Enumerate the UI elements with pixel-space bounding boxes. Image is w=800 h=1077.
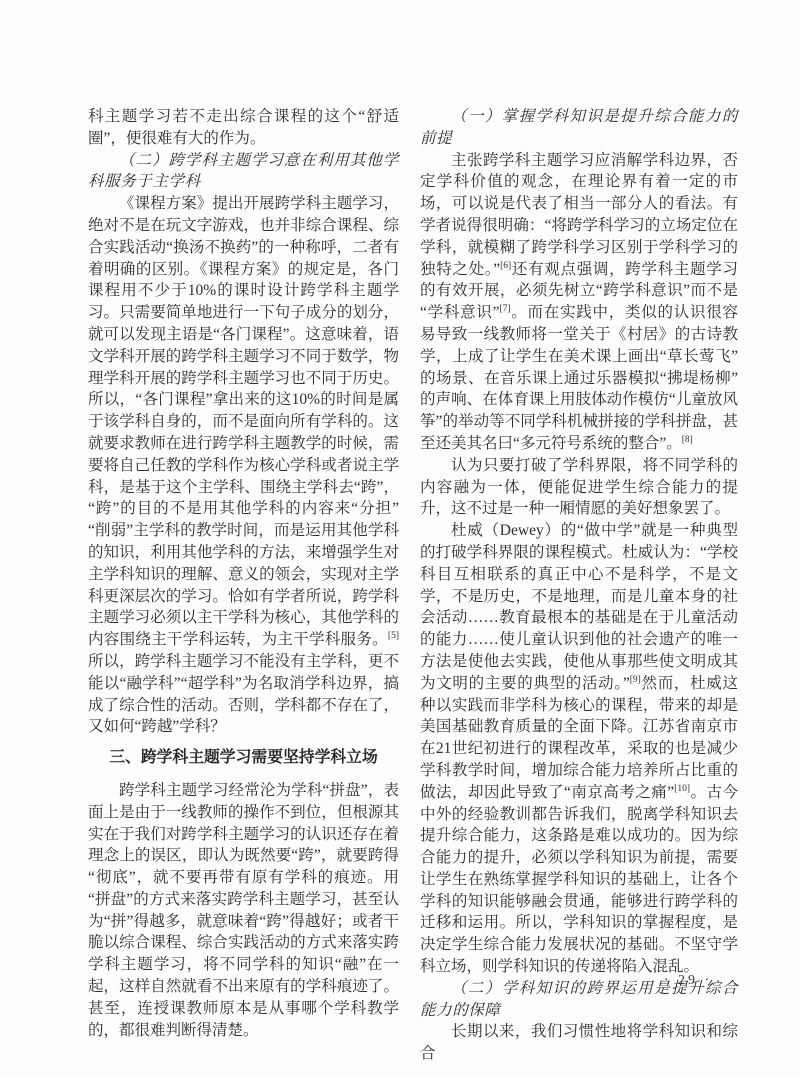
text-run: 。而在实践中，类似的认识很容易导致一线教师将一堂关于《村居》的古诗教学，上成了让… xyxy=(420,304,738,452)
footnote-ref-5: [5] xyxy=(388,631,399,641)
paragraph: 长期以来，我们习惯性地将学科知识和综合 xyxy=(420,1021,738,1065)
paragraph: 跨学科主题学习经常沦为学科“拼盘”，表面上是由于一线教师的操作不到位，但根源其实… xyxy=(88,780,399,1042)
paragraph: 主张跨学科主题学习应消解学科边界，否定学科价值的观念，在理论界有着一定的市场，可… xyxy=(420,150,738,455)
left-column: 科主题学习若不走出综合课程的这个“舒适圈”，便很难有大的作为。 （二）跨学科主题… xyxy=(88,106,399,1065)
footnote-ref-9: [9] xyxy=(630,675,641,685)
text-run: 。古今中外的经验教训都告诉我们，脱离学科知识去提升综合能力，这条路是难以成功的。… xyxy=(420,784,738,975)
paragraph: 《课程方案》提出开展跨学科主题学习，绝对不是在玩文字游戏，也并非综合课程、综合实… xyxy=(88,193,399,738)
subheading-1-subject-knowledge: （一）掌握学科知识是提升综合能力的前提 xyxy=(420,106,738,150)
footnote-ref-10: [10] xyxy=(674,784,690,794)
text-run: 《课程方案》提出开展跨学科主题学习，绝对不是在玩文字游戏，也并非综合课程、综合实… xyxy=(88,195,399,648)
journal-page: 科主题学习若不走出综合课程的这个“舒适圈”，便很难有大的作为。 （二）跨学科主题… xyxy=(0,0,800,1077)
text-run: 主张跨学科主题学习应消解学科边界，否定学科价值的观念，在理论界有着一定的市场，可… xyxy=(420,152,738,278)
section-heading-3: 三、跨学科主题学习需要坚持学科立场 xyxy=(88,747,399,769)
subheading-2-other-subjects: （二）跨学科主题学习意在利用其他学科服务于主学科 xyxy=(88,150,399,194)
text-run: 所以，跨学科主题学习不能没有主学科，更不能以“融学科”“超学科”为名取消学科边界… xyxy=(88,653,399,735)
footnote-ref-8: [8] xyxy=(682,435,693,445)
paragraph: 杜威（Dewey）的“做中学”就是一种典型的打破学科界限的课程模式。杜威认为：“… xyxy=(420,520,738,978)
two-column-text-area: 科主题学习若不走出综合课程的这个“舒适圈”，便很难有大的作为。 （二）跨学科主题… xyxy=(88,106,738,1065)
footnote-ref-6: [6] xyxy=(500,260,511,270)
page-number: · 29 · xyxy=(628,973,748,989)
paragraph: 认为只要打破了学科界限，将不同学科的内容融为一体，便能促进学生综合能力的提升，这… xyxy=(420,455,738,520)
text-run: 杜威（Dewey）的“做中学”就是一种典型的打破学科界限的课程模式。杜威认为：“… xyxy=(420,522,738,692)
paragraph-continuation: 科主题学习若不走出综合课程的这个“舒适圈”，便很难有大的作为。 xyxy=(88,106,399,150)
footnote-ref-7: [7] xyxy=(499,304,510,314)
right-column: （一）掌握学科知识是提升综合能力的前提 主张跨学科主题学习应消解学科边界，否定学… xyxy=(420,106,738,1065)
text-run: 然而，杜威这种以实践而非学科为核心的课程，带来的却是美国基础教育质量的全面下降。… xyxy=(420,675,738,801)
